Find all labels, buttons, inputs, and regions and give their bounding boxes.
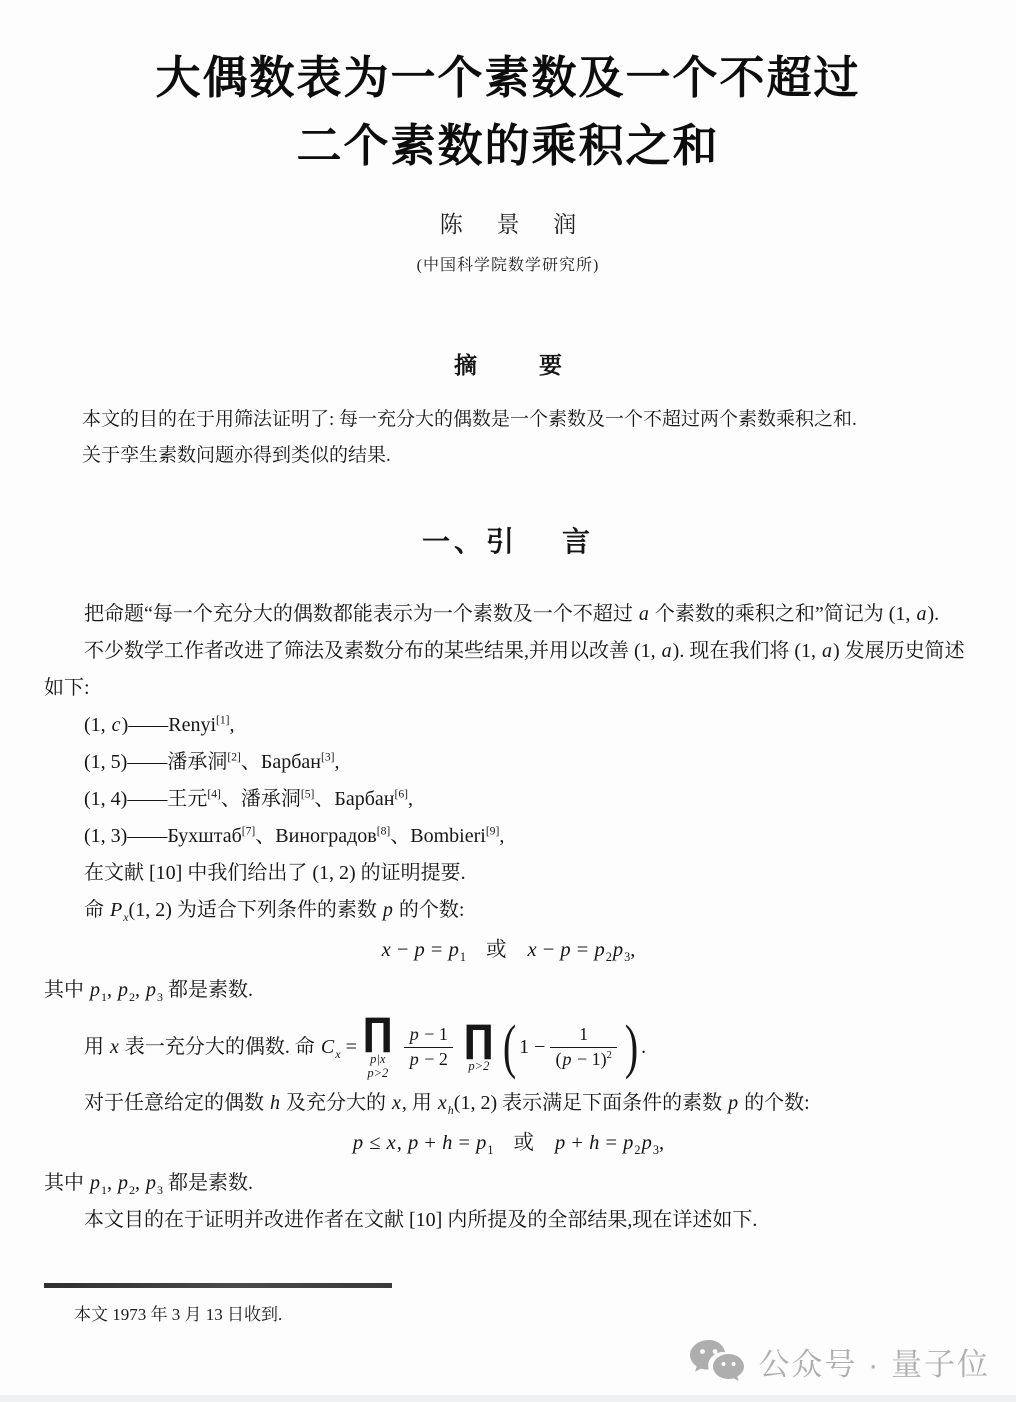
equation-1: x − p = p1或x − p = p2p3, — [44, 932, 972, 969]
scanned-paper-page: 大偶数表为一个素数及一个不超过 二个素数的乘积之和 陈 景 润 (中国科学院数学… — [0, 0, 1016, 1402]
scan-bottom-strip — [0, 1395, 1016, 1402]
intro-paragraph-3: 在文献 [10] 中我们给出了 (1, 2) 的证明提要. — [44, 855, 972, 892]
watermark: 公众号 · 量子位 — [688, 1338, 990, 1384]
product-symbol-icon: ∏ — [464, 1021, 494, 1057]
watermark-label: 公众号 · 量子位 — [758, 1339, 990, 1384]
product-2-limits: p>2 — [468, 1059, 489, 1073]
intro-paragraph-6: 对于任意给定的偶数 h 及充分大的 x, 用 xh(1, 2) 表示满足下面条件… — [44, 1085, 972, 1122]
inner-lead: 1 − — [519, 1029, 545, 1066]
abstract-paragraph-2: 关于孪生素数问题亦得到类似的结果. — [44, 438, 972, 474]
history-line-4: (1, 3)——Бухштаб[7]、Виноградов[8]、Bombier… — [44, 818, 972, 855]
paper-title-line2: 二个素数的乘积之和 — [44, 112, 972, 180]
abstract-body: 本文的目的在于用筛法证明了: 每一充分大的偶数是一个素数及一个不超过两个素数乘积… — [44, 402, 972, 474]
open-paren: ( — [503, 1020, 516, 1074]
received-date-footnote: 本文 1973 年 3 月 13 日收到. — [74, 1300, 282, 1325]
product-operator-2: ∏ p>2 — [464, 1021, 494, 1073]
section-heading-part2: 言 — [562, 526, 594, 557]
product-operator-1: ∏ p|x p>2 — [363, 1014, 393, 1081]
intro-paragraph-1: 把命题“每一个充分大的偶数都能表示为一个素数及一个不超过 a 个素数的乘积之和”… — [44, 596, 972, 633]
intro-paragraph-7: 其中 p1, p2, p3 都是素数. — [44, 1165, 972, 1202]
product-symbol-icon: ∏ — [363, 1014, 393, 1050]
product-1-limits: p|x p>2 — [367, 1052, 388, 1081]
abstract-heading-char1: 摘 — [454, 352, 477, 378]
fraction-2: 1 (p − 1)2 — [550, 1023, 616, 1071]
footnote-separator-rule — [44, 1283, 392, 1288]
abstract-heading: 摘要 — [44, 347, 972, 380]
intro-paragraph-5: 其中 p1, p2, p3 都是素数. — [44, 972, 972, 1009]
paper-title: 大偶数表为一个素数及一个不超过 二个素数的乘积之和 — [44, 44, 972, 180]
history-line-3: (1, 4)——王元[4]、潘承洞[5]、Барбан[6], — [44, 781, 972, 818]
page-content: 大偶数表为一个素数及一个不超过 二个素数的乘积之和 陈 景 润 (中国科学院数学… — [0, 44, 1016, 1239]
author-name: 陈 景 润 — [44, 206, 972, 239]
equation-2: p ≤ x, p + h = p1或p + h = p2p3, — [44, 1125, 972, 1162]
wechat-icon — [688, 1338, 746, 1384]
intro-paragraph-4: 命 Px(1, 2) 为适合下列条件的素数 p 的个数: — [44, 892, 972, 929]
cx-formula-lead: 用 x 表一充分大的偶数. 命 Cx = — [84, 1029, 357, 1066]
intro-paragraph-8: 本文目的在于证明并改进作者在文献 [10] 内所提及的全部结果,现在详述如下. — [44, 1202, 972, 1239]
history-line-2: (1, 5)——潘承洞[2]、Барбан[3], — [44, 744, 972, 781]
abstract-heading-char2: 要 — [539, 352, 562, 378]
introduction-body: 把命题“每一个充分大的偶数都能表示为一个素数及一个不超过 a 个素数的乘积之和”… — [44, 596, 972, 1239]
section-heading-part1: 一、引 — [422, 526, 518, 557]
paper-title-line1: 大偶数表为一个素数及一个不超过 — [44, 44, 972, 112]
section-heading-introduction: 一、引言 — [44, 520, 972, 560]
close-paren: ) — [625, 1020, 638, 1074]
intro-paragraph-2: 不少数学工作者改进了筛法及素数分布的某些结果,并用以改善 (1, a). 现在我… — [44, 633, 972, 707]
cx-formula: 用 x 表一充分大的偶数. 命 Cx = ∏ p|x p>2 p − 1 p −… — [44, 1009, 972, 1085]
fraction-1: p − 1 p − 2 — [404, 1023, 453, 1071]
abstract-paragraph-1: 本文的目的在于用筛法证明了: 每一充分大的偶数是一个素数及一个不超过两个素数乘积… — [44, 402, 972, 438]
author-affiliation: (中国科学院数学研究所) — [44, 252, 972, 275]
history-line-1: (1, c)——Renyi[1], — [44, 707, 972, 744]
formula-tail: . — [641, 1029, 646, 1066]
